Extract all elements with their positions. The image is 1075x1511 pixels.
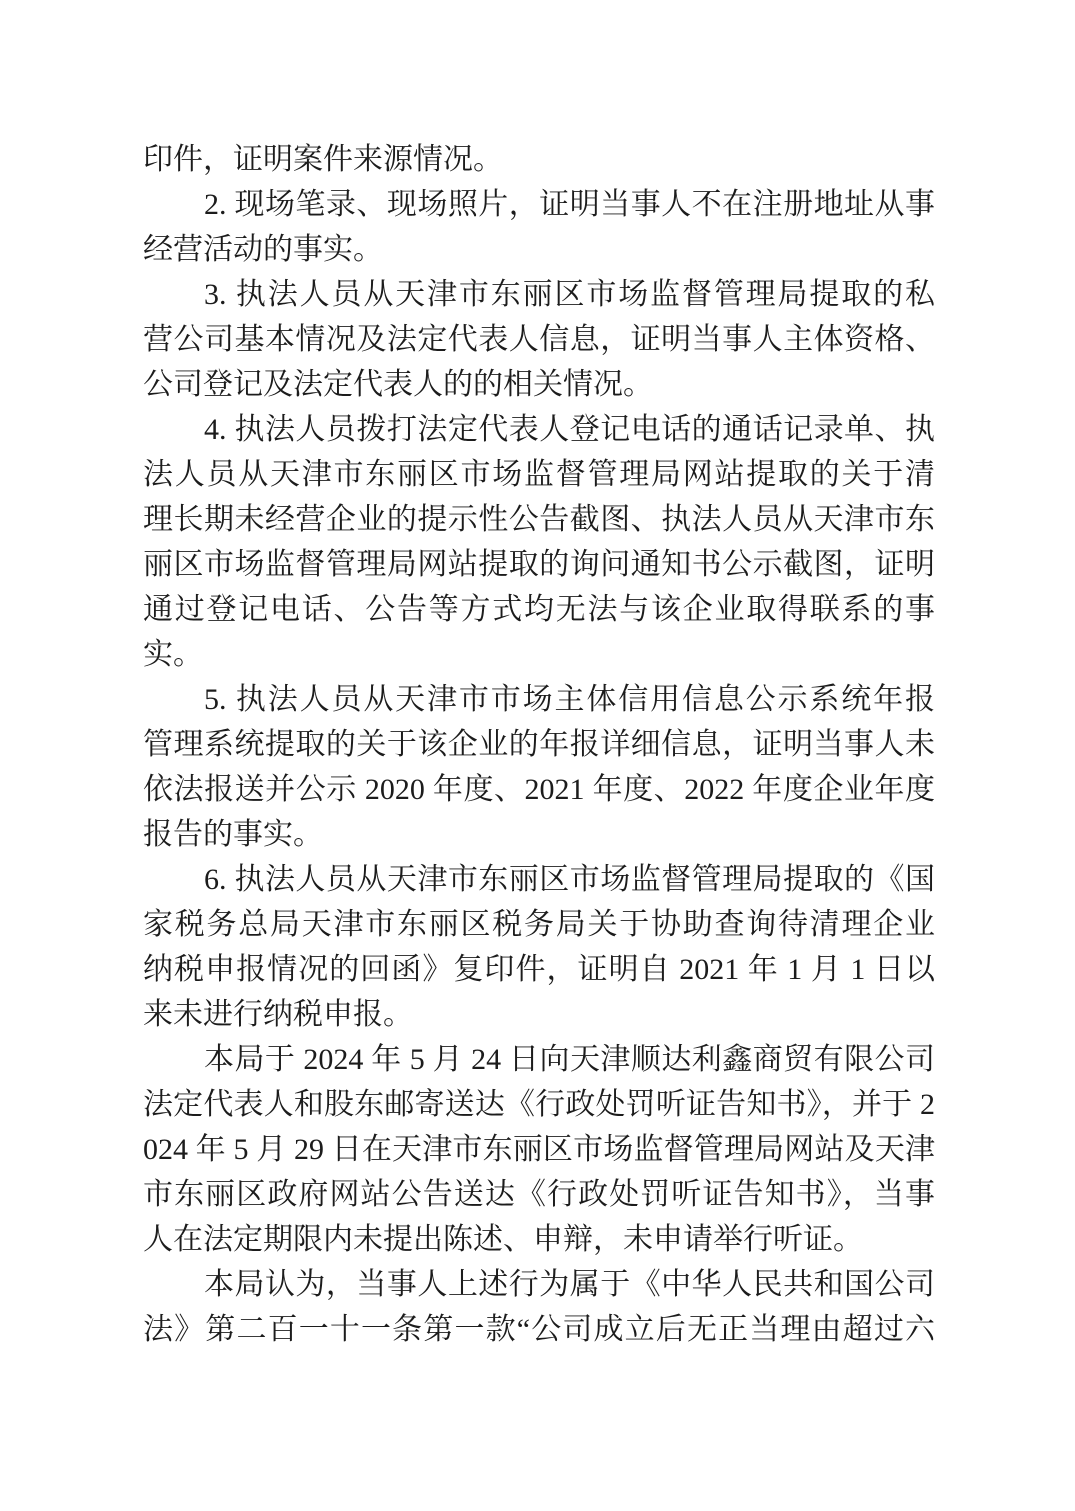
text-line: 通过登记电话、公告等方式均无法与该企业取得联系的事 xyxy=(143,587,935,632)
text-line: 024 年 5 月 29 日在天津市东丽区市场监督管理局网站及天津 xyxy=(143,1127,935,1172)
document-page: 印件，证明案件来源情况。 2. 现场笔录、现场照片，证明当事人不在注册地址从事 … xyxy=(0,0,1075,1511)
text-line: 法人员从天津市东丽区市场监督管理局网站提取的关于清 xyxy=(143,452,935,497)
text-line: 报告的事实。 xyxy=(143,812,935,857)
text-line: 管理系统提取的关于该企业的年报详细信息，证明当事人未 xyxy=(143,722,935,767)
text-line: 2. 现场笔录、现场照片，证明当事人不在注册地址从事 xyxy=(143,182,935,227)
text-line: 5. 执法人员从天津市市场主体信用信息公示系统年报 xyxy=(143,677,935,722)
text-line: 市东丽区政府网站公告送达《行政处罚听证告知书》，当事 xyxy=(143,1172,935,1217)
text-line: 印件，证明案件来源情况。 xyxy=(143,137,935,182)
text-line: 4. 执法人员拨打法定代表人登记电话的通话记录单、执 xyxy=(143,407,935,452)
text-line: 实。 xyxy=(143,632,935,677)
text-line: 依法报送并公示 2020 年度、2021 年度、2022 年度企业年度 xyxy=(143,767,935,812)
text-line: 家税务总局天津市东丽区税务局关于协助查询待清理企业 xyxy=(143,902,935,947)
text-line: 3. 执法人员从天津市东丽区市场监督管理局提取的私 xyxy=(143,272,935,317)
text-line: 纳税申报情况的回函》复印件，证明自 2021 年 1 月 1 日以 xyxy=(143,947,935,992)
text-line: 公司登记及法定代表人的的相关情况。 xyxy=(143,362,935,407)
text-line: 法》第二百一十一条第一款“公司成立后无正当理由超过六 xyxy=(143,1307,935,1352)
text-line: 丽区市场监督管理局网站提取的询问通知书公示截图，证明 xyxy=(143,542,935,587)
text-line: 理长期未经营企业的提示性公告截图、执法人员从天津市东 xyxy=(143,497,935,542)
text-line: 本局认为，当事人上述行为属于《中华人民共和国公司 xyxy=(143,1262,935,1307)
text-line: 来未进行纳税申报。 xyxy=(143,992,935,1037)
text-line: 人在法定期限内未提出陈述、申辩，未申请举行听证。 xyxy=(143,1217,935,1262)
text-line: 6. 执法人员从天津市东丽区市场监督管理局提取的《国 xyxy=(143,857,935,902)
document-text-block: 印件，证明案件来源情况。 2. 现场笔录、现场照片，证明当事人不在注册地址从事 … xyxy=(143,137,935,1352)
text-line: 法定代表人和股东邮寄送达《行政处罚听证告知书》，并于 2 xyxy=(143,1082,935,1127)
text-line: 经营活动的事实。 xyxy=(143,227,935,272)
text-line: 本局于 2024 年 5 月 24 日向天津顺达利鑫商贸有限公司 xyxy=(143,1037,935,1082)
text-line: 营公司基本情况及法定代表人信息，证明当事人主体资格、 xyxy=(143,317,935,362)
